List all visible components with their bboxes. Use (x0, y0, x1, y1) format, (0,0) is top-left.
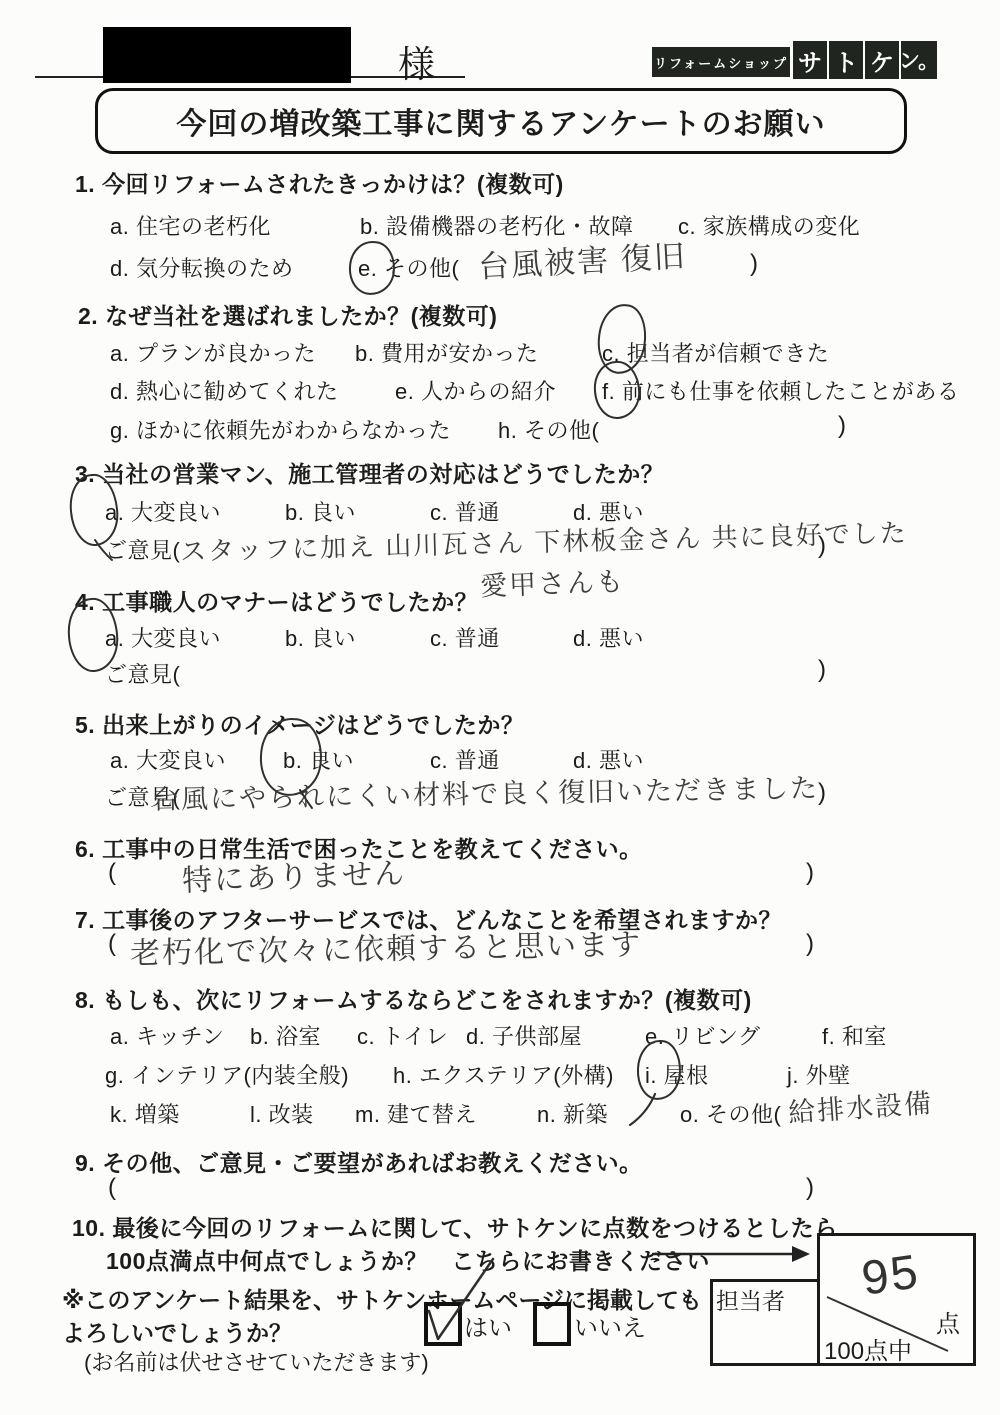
q8-option-a: a. キッチン (110, 1020, 224, 1051)
checkbox-yes (424, 1302, 462, 1346)
q6-answer-handwriting: 特にありません (181, 848, 406, 900)
q4-option-a: a. 大変良い (105, 622, 221, 653)
q8-heading: 8. もしも、次にリフォームするならどこをされますか？(複数可) (75, 982, 752, 1015)
q2-option-b: b. 費用が安かった (355, 337, 538, 368)
q9-open-paren: ( (108, 1174, 116, 1202)
q4-option-c: c. 普通 (430, 622, 500, 653)
q4-heading: 4. 工事職人のマナーはどうでしたか？ (75, 584, 478, 617)
q3-comment-label: ご意見( (105, 534, 180, 565)
q4-option-d: d. 悪い (573, 622, 644, 653)
q2-other-close-paren: ) (838, 412, 846, 440)
logo-char-n: ン。 (901, 41, 937, 79)
q1-option-c: c. 家族構成の変化 (678, 210, 860, 241)
form-title: 今回の増改築工事に関するアンケートのお願い (176, 99, 825, 143)
q8-option-f: f. 和室 (822, 1020, 887, 1051)
publish-question-line2: よろしいでしょうか？ (62, 1315, 292, 1348)
q2-option-g: g. ほかに依頼先がわからなかった (110, 414, 451, 445)
q5-option-c: c. 普通 (430, 744, 500, 775)
q1-option-d: d. 気分転換のため (110, 252, 293, 283)
q8-option-o-other: o. その他( (680, 1098, 781, 1129)
q2-option-e: e. 人からの紹介 (395, 375, 556, 406)
q1-option-a: a. 住宅の老朽化 (110, 210, 271, 241)
q1-answer-circle-e (347, 239, 398, 297)
q5-option-a: a. 大変良い (110, 744, 226, 775)
q3-option-c: c. 普通 (430, 496, 500, 527)
q2-answer-circle-f (592, 359, 642, 420)
score-unit-label: 点 (936, 1304, 960, 1339)
redacted-name-box (103, 27, 351, 83)
q10-heading-line1: 10. 最後に今回のリフォームに関して、サトケンに点数をつけるとしたら (72, 1210, 838, 1243)
q8-option-d: d. 子供部屋 (466, 1020, 582, 1051)
q8-option-n: n. 新築 (537, 1098, 608, 1129)
q8-option-b: b. 浴室 (250, 1020, 321, 1051)
q8-option-h: h. エクステリア(外構) (393, 1059, 614, 1090)
publish-anonymity-note: (お名前は伏せさせていただきます) (84, 1346, 429, 1377)
survey-scan-page: 様 リフォームショップ サ ト ケ ン。 今回の増改築工事に関するアンケートのお… (0, 0, 1000, 1415)
q8-option-m: m. 建て替え (355, 1098, 477, 1129)
q8-option-k: k. 増築 (110, 1098, 180, 1129)
q2-option-d: d. 熱心に勧めてくれた (110, 375, 338, 406)
q7-answer-handwriting: 老朽化で次々に依頼すると思います (130, 920, 643, 973)
q2-option-f: f. 前にも仕事を依頼したことがある (602, 375, 959, 406)
q3-option-a: a. 大変良い (105, 496, 221, 527)
q3-heading: 3. 当社の営業マン、施工管理者の対応はどうでしたか？ (75, 456, 664, 489)
staff-label: 担当者 (716, 1283, 785, 1316)
logo-char-ke: ケ (865, 41, 899, 79)
q9-close-paren: ) (806, 1174, 814, 1202)
q2-heading: 2. なぜ当社を選ばれましたか？(複数可) (78, 298, 497, 331)
q3-comment-handwriting-line2: 愛甲さんも (479, 559, 625, 603)
q2-option-h-other: h. その他( (498, 414, 599, 445)
q4-comment-label: ご意見( (105, 658, 180, 689)
q3-option-b: b. 良い (285, 496, 356, 527)
q7-open-paren: ( (108, 930, 116, 958)
q6-open-paren: ( (108, 859, 116, 887)
q1-other-close-paren: ) (750, 250, 758, 278)
q8-option-c: c. トイレ (357, 1020, 448, 1051)
q8-option-j: j. 外壁 (787, 1059, 851, 1090)
q8-option-g: g. インテリア(内装全般) (105, 1059, 349, 1090)
form-title-box: 今回の増改築工事に関するアンケートのお願い (95, 88, 907, 154)
logo-char-sa: サ (793, 41, 827, 79)
score-handwriting: 95 (858, 1244, 922, 1306)
q4-option-b: b. 良い (285, 622, 356, 653)
score-scale-label: 100点中 (824, 1331, 912, 1366)
checkbox-no (533, 1302, 571, 1346)
q8-answer-circle-i (635, 1039, 682, 1101)
q8-option-l: l. 改装 (250, 1098, 314, 1129)
q9-heading: 9. その他、ご意見・ご要望があればお教えください。 (75, 1145, 643, 1178)
checkbox-yes-label: はい (464, 1308, 512, 1343)
logo-reform-shop-label: リフォームショップ (652, 47, 790, 77)
q2-option-a: a. プランが良かった (110, 337, 316, 368)
q1-heading: 1. 今回リフォームされたきっかけは？(複数可) (75, 166, 564, 199)
q6-close-paren: ) (806, 859, 814, 887)
q5-comment-handwriting: 台風にやられにくい材料で良く復旧いただきました (152, 766, 820, 817)
q10-heading-line2: 100点満点中何点でしょうか？ こちらにお書きください (106, 1243, 710, 1276)
checkbox-no-label: いいえ (574, 1308, 646, 1343)
logo-char-to: ト (829, 41, 863, 79)
q4-comment-close-paren: ) (818, 656, 826, 684)
q7-close-paren: ) (806, 930, 814, 958)
honorific-sama: 様 (398, 34, 435, 88)
q1-other-handwriting: 台風被害 復旧 (477, 231, 688, 287)
